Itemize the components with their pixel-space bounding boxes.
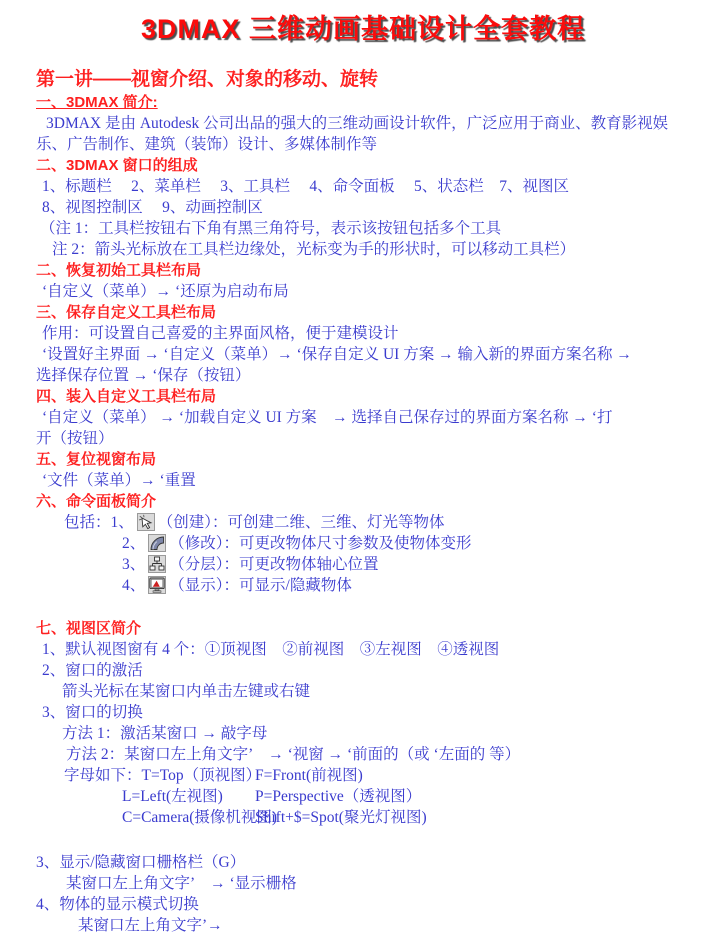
doc-line: 乐、广告制作、建筑（装饰）设计、多媒体制作等	[0, 134, 726, 155]
doc-line: 某窗口左上角文字’→	[0, 915, 726, 936]
doc-line: 2、窗口的激活	[0, 660, 726, 681]
doc-line: ‘自定义（菜单）→ ‘还原为启动布局	[0, 281, 726, 302]
doc-line: 1、默认视图窗有 4 个：①顶视图 ②前视图 ③左视图 ④透视图	[0, 639, 726, 660]
doc-line: 注 2：箭头光标放在工具栏边缘处，光标变为手的形状时，可以移动工具栏）	[0, 239, 726, 260]
hierarchy-panel-icon	[148, 555, 166, 573]
doc-line: ‘文件（菜单）→ ‘重置	[0, 470, 726, 491]
create-panel-icon	[137, 513, 155, 531]
command-panel-item-prefix: 2、	[122, 535, 145, 552]
display-panel-icon	[148, 576, 166, 594]
doc-line: 作用：可设置自己喜爱的主界面风格，便于建模设计	[0, 323, 726, 344]
doc-line: ‘自定义（菜单） → ‘加载自定义 UI 方案 → 选择自己保存过的界面方案名称…	[0, 407, 726, 428]
doc-line: 方法 2：某窗口左上角文字’ → ‘视窗 → ‘前面的（或 ‘左面的 等）	[0, 744, 726, 765]
command-panel-item-prefix: 3、	[122, 556, 145, 573]
section-heading: 四、装入自定义工具栏布局	[0, 386, 726, 407]
section-heading: 五、复位视窗布局	[0, 449, 726, 470]
letter-table-row: L=Left(左视图)P=Perspective（透视图）	[0, 786, 726, 807]
doc-line: 1、标题栏 2、菜单栏 3、工具栏 4、命令面板 5、状态栏 7、视图区	[0, 176, 726, 197]
doc-title: 3DMAX 三维动画基础设计全套教程	[0, 0, 726, 46]
document-page: 3DMAX 三维动画基础设计全套教程 第一讲——视窗介绍、对象的移动、旋转 一、…	[0, 0, 726, 943]
letter-table-row: 字母如下：T=Top（顶视图）F=Front(前视图)	[0, 765, 726, 786]
command-panel-item-label: （修改）：可更改物体尺寸参数及使物体变形	[169, 535, 471, 552]
letter-table-cell: P=Perspective（透视图）	[255, 788, 421, 805]
letter-table-cell: L=Left(左视图)	[122, 786, 255, 807]
section-heading: 二、恢复初始工具栏布局	[0, 260, 726, 281]
lecture-heading: 第一讲——视窗介绍、对象的移动、旋转	[36, 67, 726, 92]
doc-line: 4、物体的显示模式切换	[0, 894, 726, 915]
doc-line: 方法 1：激活某窗口 → 敲字母	[0, 723, 726, 744]
doc-line: （注 1：工具栏按钮右下角有黑三角符号，表示该按钮包括多个工具	[0, 218, 726, 239]
doc-line: 选择保存位置 → ‘保存（按钮）	[0, 365, 726, 386]
command-panel-item-prefix: 4、	[122, 577, 145, 594]
command-panel-item-label: （创建）：可创建二维、三维、灯光等物体	[158, 514, 445, 531]
letter-table-cell: F=Front(前视图)	[255, 767, 363, 784]
section-spacer	[0, 828, 726, 852]
command-panel-item: 2、（修改）：可更改物体尺寸参数及使物体变形	[0, 533, 726, 554]
command-panel-item-label: （分层）：可更改物体轴心位置	[169, 556, 378, 573]
doc-line: 箭头光标在某窗口内单击左键或右键	[0, 681, 726, 702]
section-heading: 六、命令面板简介	[0, 491, 726, 512]
command-panel-item: 3、（分层）：可更改物体轴心位置	[0, 554, 726, 575]
section-heading: 七、视图区简介	[0, 618, 726, 639]
letter-table-cell: 字母如下：T=Top（顶视图）	[64, 765, 255, 786]
doc-line: ‘设置好主界面 → ‘自定义（菜单）→ ‘保存自定义 UI 方案 → 输入新的界…	[0, 344, 726, 365]
letter-table-row: C=Camera(摄像机视图)Shift+$=Spot(聚光灯视图)	[0, 807, 726, 828]
section-heading: 一、3DMAX 简介:	[0, 92, 726, 113]
command-panel-item: 4、（显示）：可显示/隐藏物体	[0, 575, 726, 596]
command-panel-item: 包括：1、（创建）：可创建二维、三维、灯光等物体	[0, 512, 726, 533]
doc-line: 开（按钮）	[0, 428, 726, 449]
command-panel-item-label: （显示）：可显示/隐藏物体	[169, 577, 352, 594]
letter-table-cell: Shift+$=Spot(聚光灯视图)	[255, 809, 427, 826]
doc-line: 3、窗口的切换	[0, 702, 726, 723]
command-panel-item-prefix: 包括：1、	[64, 514, 134, 531]
modify-panel-icon	[148, 534, 166, 552]
doc-line: 3、显示/隐藏窗口栅格栏（G）	[0, 852, 726, 873]
section-heading: 三、保存自定义工具栏布局	[0, 302, 726, 323]
doc-line: 3DMAX 是由 Autodesk 公司出品的强大的三维动画设计软件，广泛应用于…	[0, 113, 726, 134]
doc-line: 某窗口左上角文字’ → ‘显示栅格	[0, 873, 726, 894]
doc-line: 8、视图控制区 9、动画控制区	[0, 197, 726, 218]
section-spacer	[0, 596, 726, 618]
section-heading: 二、3DMAX 窗口的组成	[0, 155, 726, 176]
letter-table-cell: C=Camera(摄像机视图)	[122, 807, 255, 828]
